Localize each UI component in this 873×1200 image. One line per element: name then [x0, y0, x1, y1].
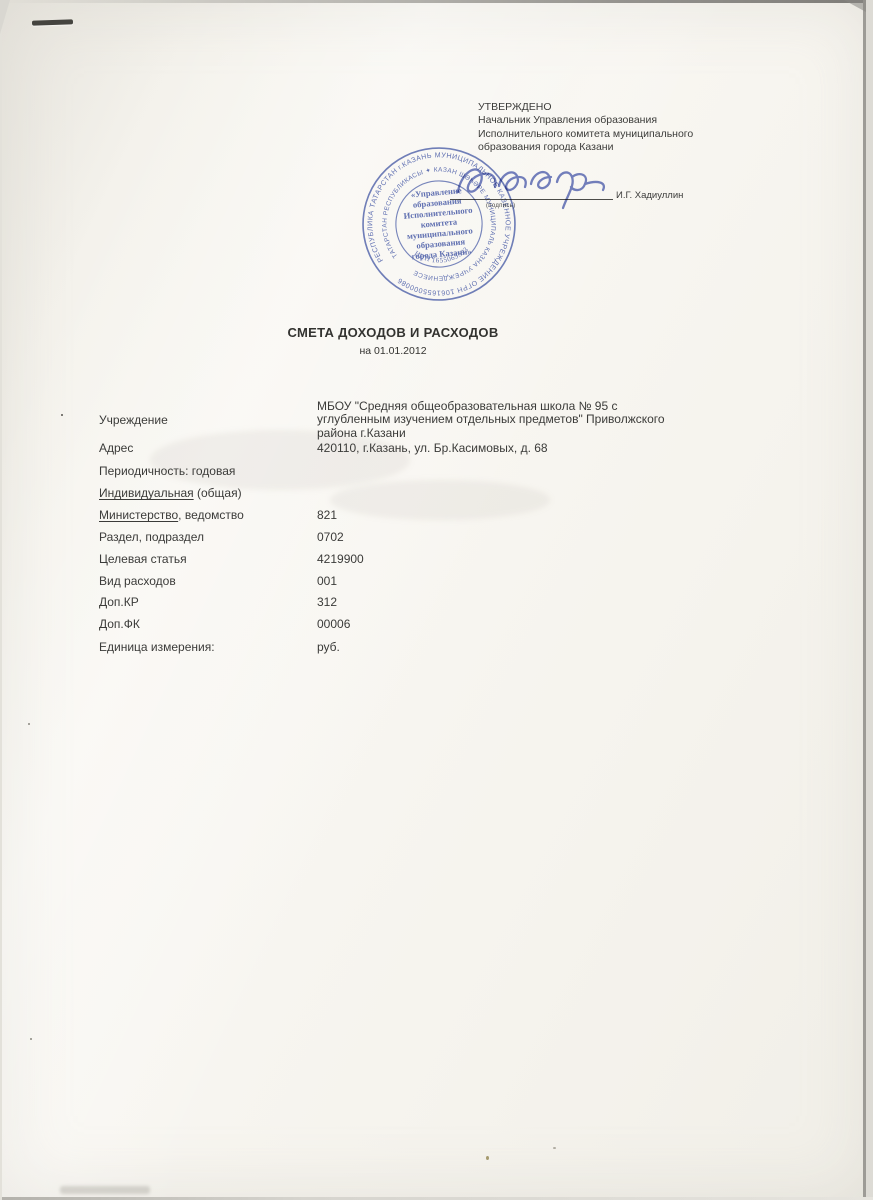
document-date: на 01.01.2012 — [0, 345, 786, 357]
field-value: 0702 — [317, 530, 344, 544]
field-label: Учреждение — [99, 413, 168, 427]
field-value: 4219900 — [317, 552, 364, 566]
field-label-underlined: Министерство — [99, 508, 178, 522]
field-value: 821 — [317, 508, 337, 522]
field-row-dop-fk: Доп.ФК 00006 — [99, 617, 140, 631]
field-label: Доп.ФК — [99, 617, 140, 631]
field-label: Доп.КР — [99, 595, 139, 609]
official-round-stamp: РЕСПУБЛИКА ТАТАРСТАН г.КАЗАНЬ МУНИЦИПАЛЬ… — [354, 139, 523, 308]
scan-speck — [61, 414, 63, 416]
field-row-dop-kr: Доп.КР 312 — [99, 595, 139, 609]
field-value: 420110, г.Казань, ул. Бр.Касимовых, д. 6… — [317, 441, 548, 455]
field-row-expense-type: Вид расходов 001 — [99, 574, 176, 588]
field-row-institution: Учреждение МБОУ "Средняя общеобразовател… — [99, 413, 168, 427]
scan-edge-right — [863, 0, 866, 1200]
field-row-individual: Индивидуальная (общая) — [99, 486, 242, 500]
scan-edge-left — [0, 0, 2, 1200]
scan-smudge — [330, 480, 550, 520]
scan-speck — [486, 1156, 489, 1160]
field-value: 00006 — [317, 617, 350, 631]
field-label-underlined: Индивидуальная — [99, 486, 194, 500]
field-label: Адрес — [99, 441, 133, 455]
scan-corner-top-left — [0, 0, 10, 34]
approval-status: УТВЕРЖДЕНО — [478, 101, 808, 114]
document-title: СМЕТА ДОХОДОВ И РАСХОДОВ — [0, 325, 786, 340]
field-row-periodicity: Периодичность: годовая — [99, 464, 235, 478]
document-title-block: СМЕТА ДОХОДОВ И РАСХОДОВ на 01.01.2012 — [0, 325, 786, 357]
field-label: (общая) — [194, 486, 242, 500]
scan-smudge — [60, 1186, 150, 1194]
scan-speck — [30, 1038, 32, 1040]
field-label: Раздел, подраздел — [99, 530, 204, 544]
field-value: 001 — [317, 574, 337, 588]
field-value: 312 — [317, 595, 337, 609]
pen-dash-mark — [32, 19, 73, 25]
field-label: Вид расходов — [99, 574, 176, 588]
scan-edge-top — [0, 0, 873, 3]
field-row-section: Раздел, подраздел 0702 — [99, 530, 204, 544]
scan-speck — [28, 723, 30, 725]
field-label: , ведомство — [178, 508, 244, 522]
field-label: Целевая статья — [99, 552, 187, 566]
field-value: руб. — [317, 640, 340, 654]
field-row-ministry: Министерство, ведомство 821 — [99, 508, 244, 522]
approver-title-line: Начальник Управления образования — [478, 114, 808, 127]
scan-edge-right-outer — [866, 0, 873, 1200]
field-label: Единица измерения: — [99, 640, 215, 654]
approver-title-line: Исполнительного комитета муниципального — [478, 128, 808, 141]
field-label: Периодичность: годовая — [99, 464, 235, 478]
field-value: МБОУ "Средняя общеобразовательная школа … — [317, 400, 679, 441]
approval-block: УТВЕРЖДЕНО Начальник Управления образова… — [478, 101, 808, 155]
field-row-unit: Единица измерения: руб. — [99, 640, 215, 654]
field-row-address: Адрес 420110, г.Казань, ул. Бр.Касимовых… — [99, 441, 133, 455]
scanned-page: УТВЕРЖДЕНО Начальник Управления образова… — [0, 0, 873, 1200]
field-row-target-article: Целевая статья 4219900 — [99, 552, 187, 566]
scan-speck — [553, 1147, 556, 1149]
scan-corner-top-right — [844, 0, 866, 12]
